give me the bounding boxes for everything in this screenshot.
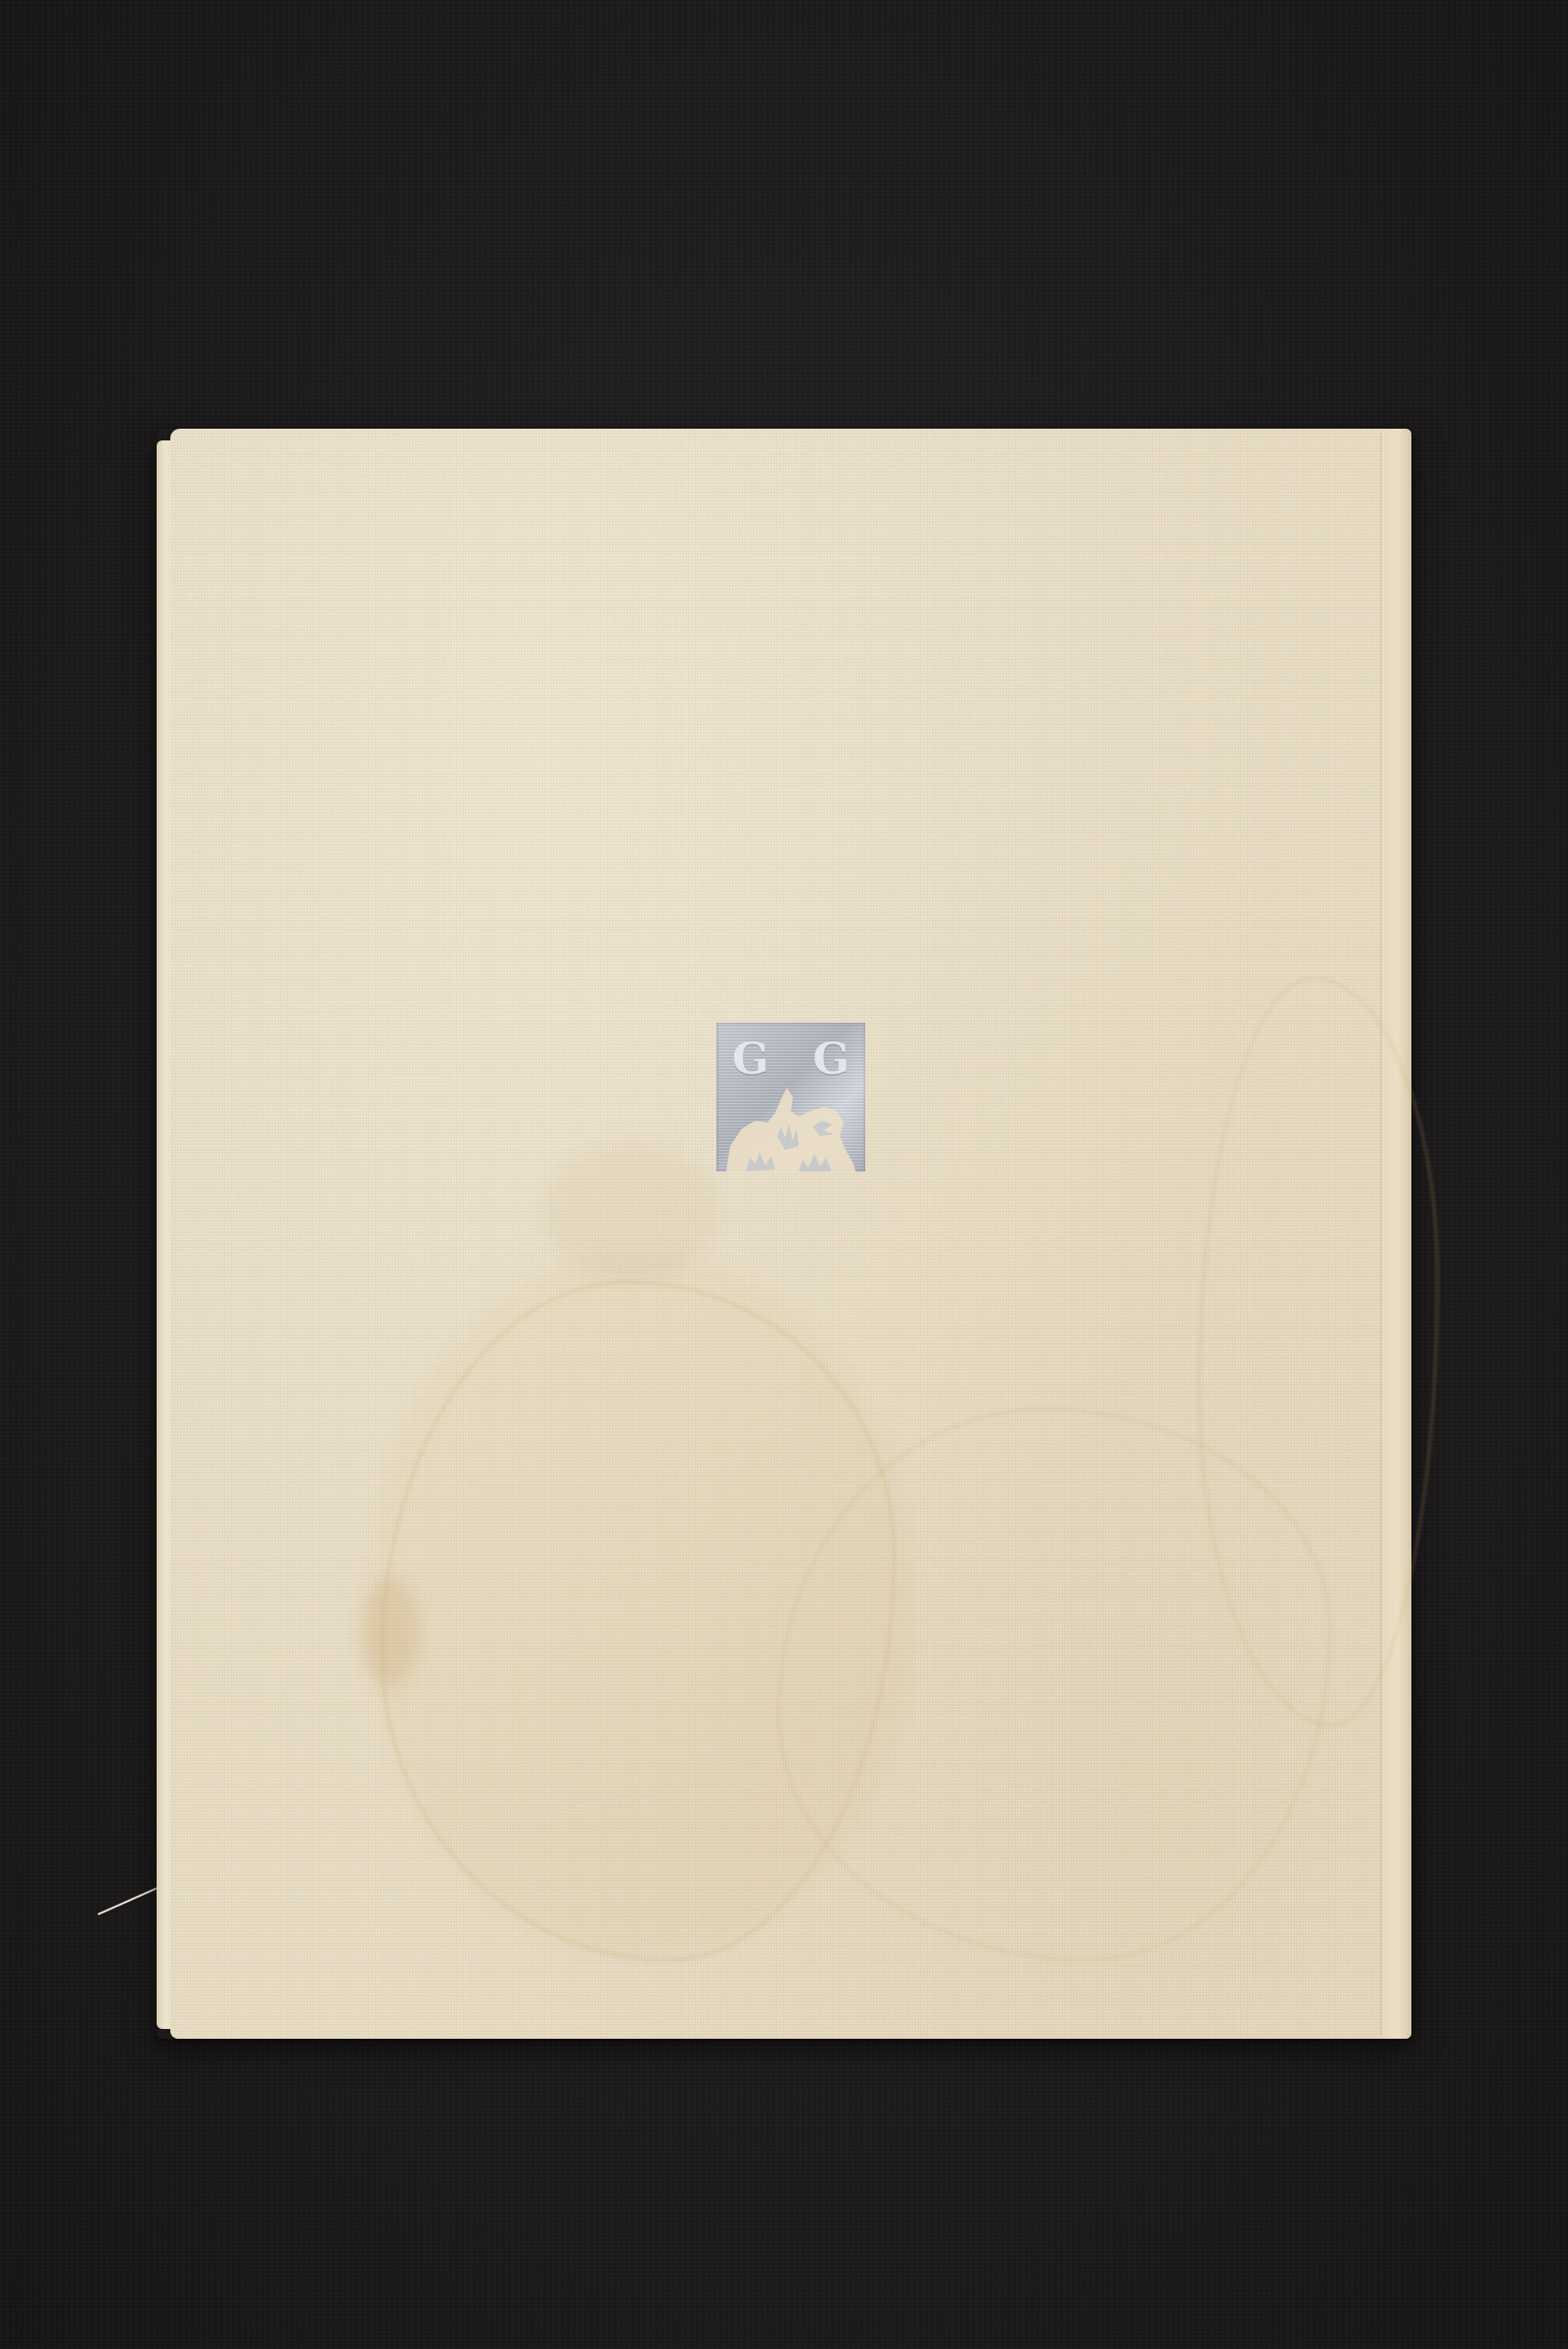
water-stain-spot [361,1579,420,1686]
griffin-icon [716,1078,865,1172]
water-stain [542,1143,718,1280]
book-cover: G G [170,429,1411,2039]
water-stain-outline [1198,977,1439,1727]
book: G G [157,429,1411,2039]
publisher-emblem: G G [716,1023,865,1172]
